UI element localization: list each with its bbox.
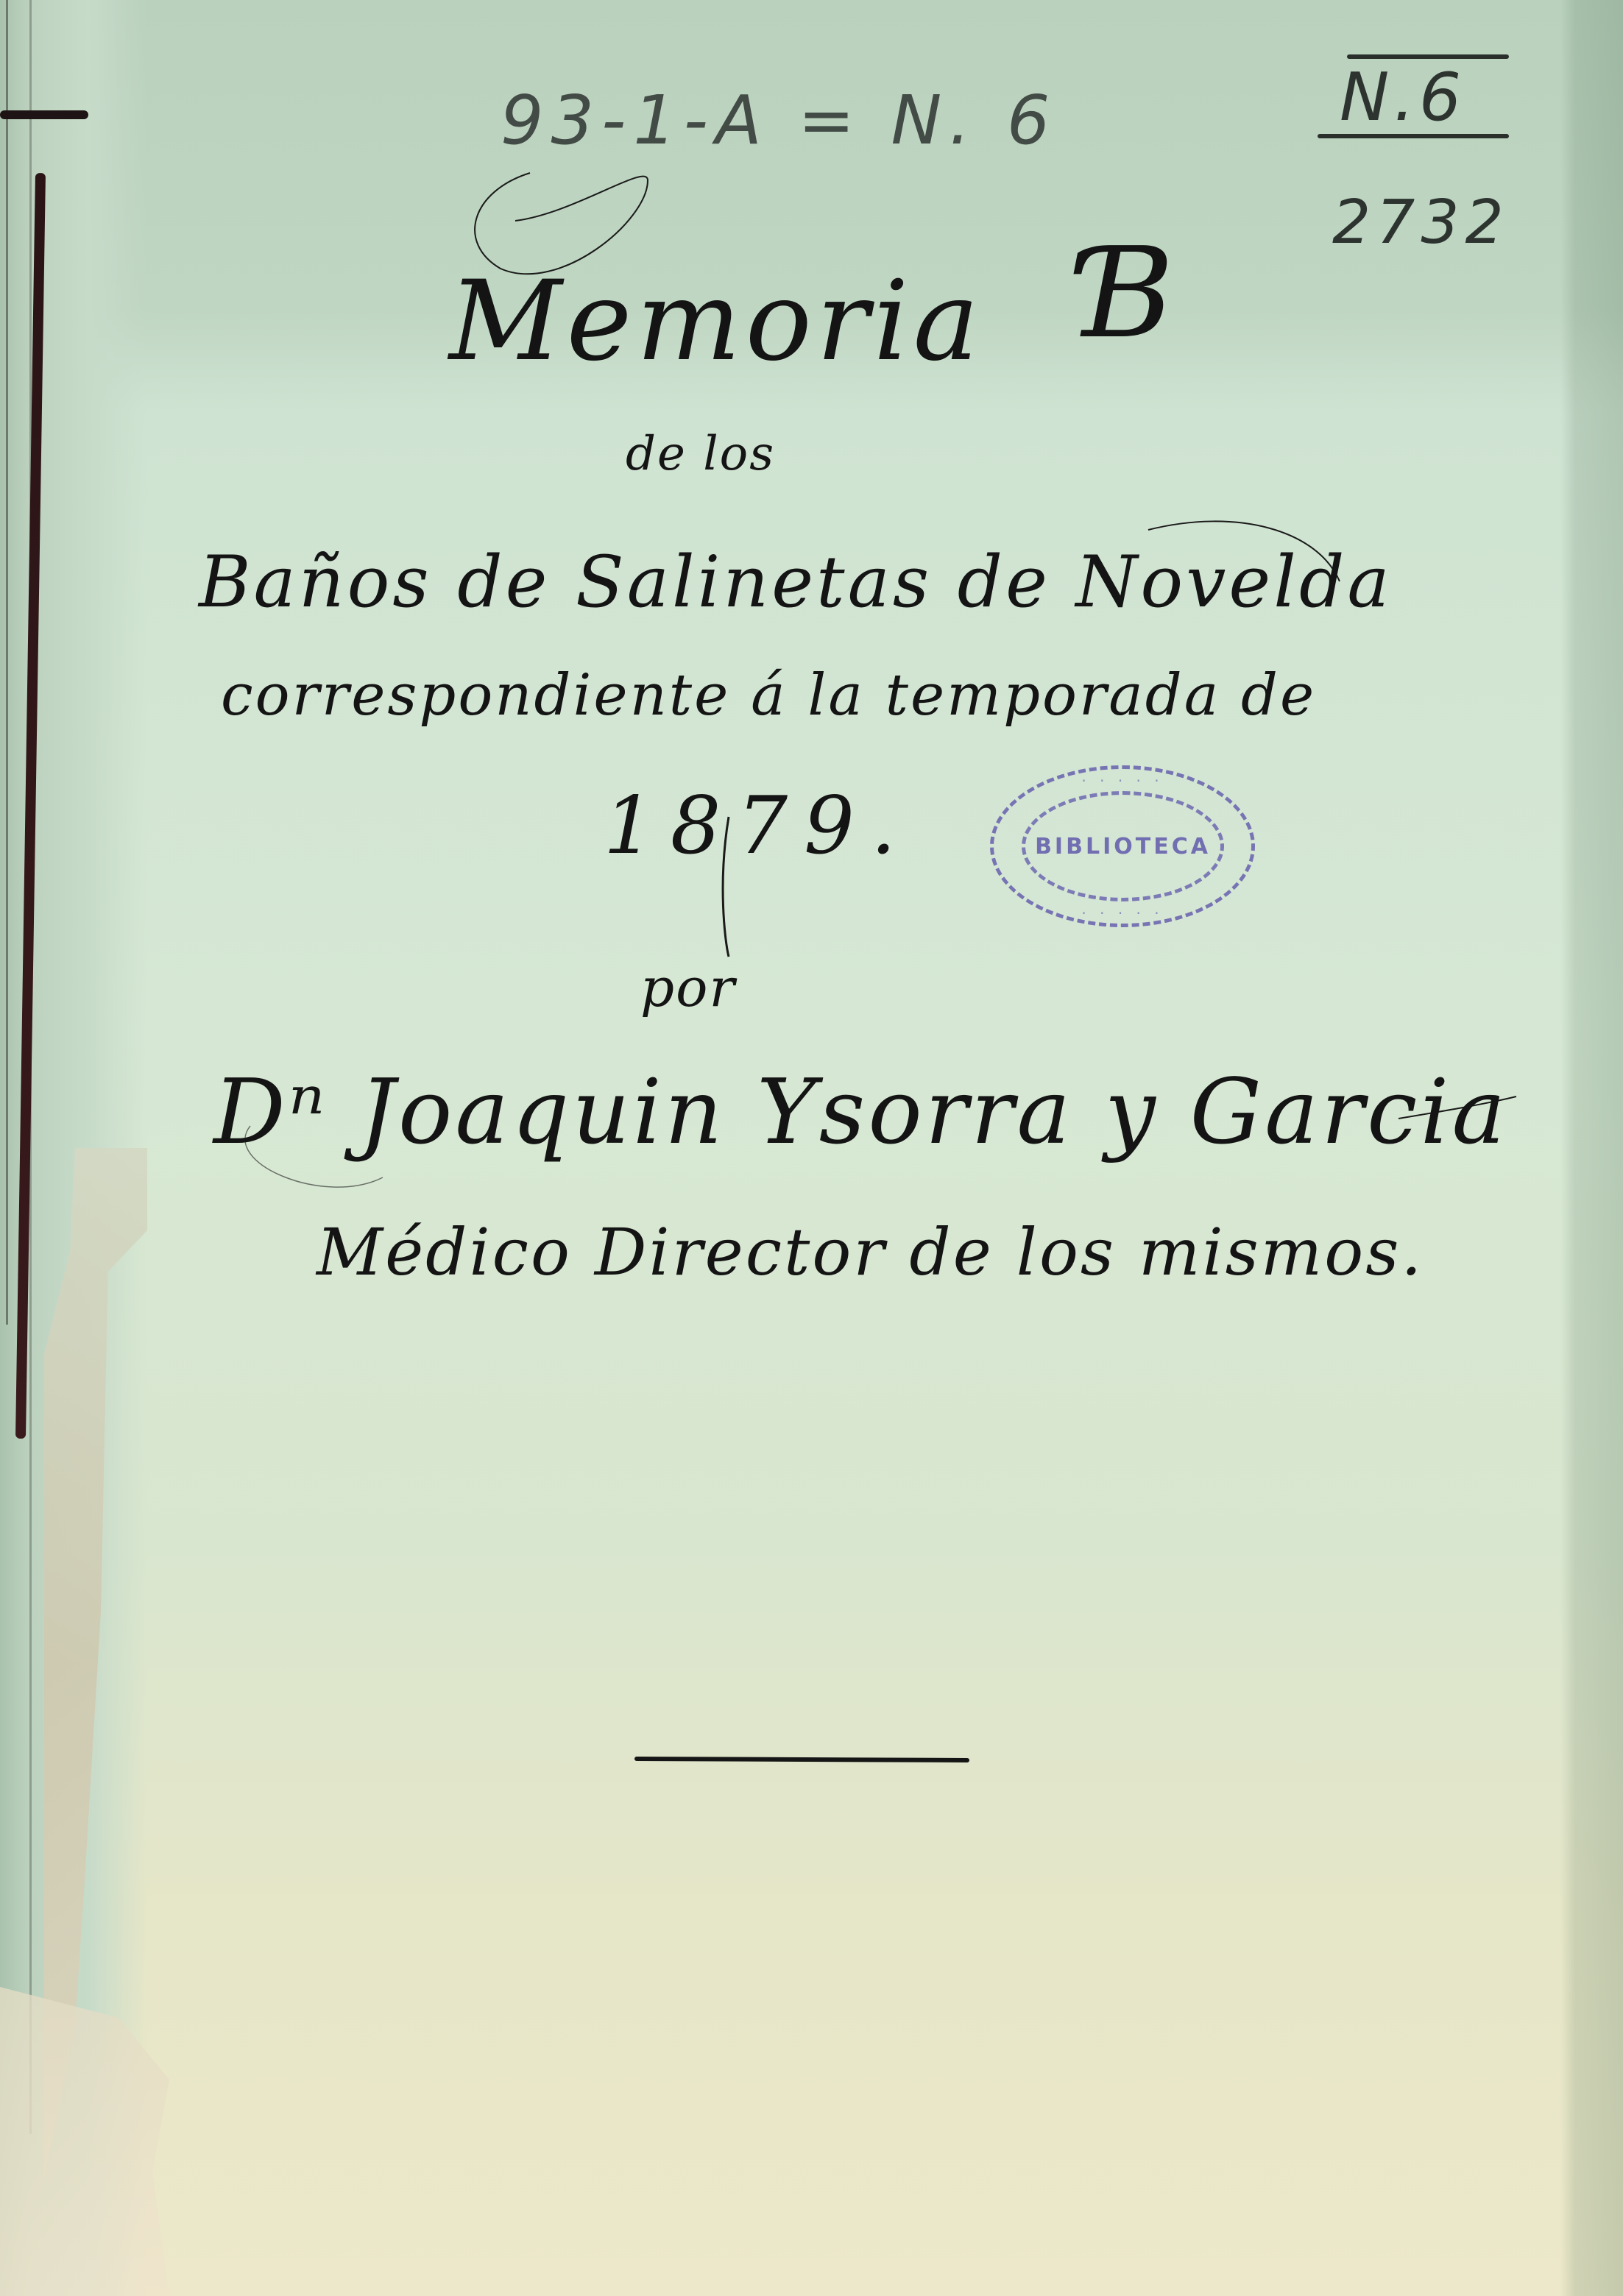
title-line-de-los: de los xyxy=(626,427,775,481)
binding-thread-knot xyxy=(0,110,88,119)
title-flourish-initial: Ɓ xyxy=(1082,221,1175,366)
box-number-annotation: N.6 xyxy=(1340,59,1465,136)
separator-rule xyxy=(634,1757,969,1762)
title-line-banos: Baños de Salinetas de Novelda xyxy=(199,541,1393,623)
stamp-inner-ring: BIBLIOTECA xyxy=(1022,791,1224,901)
stamp-bottom-text: · · · · · xyxy=(994,904,1251,922)
author-name: Dⁿ Joaquin Ysorra y Garcia xyxy=(213,1060,1508,1164)
stamp-center-text: BIBLIOTECA xyxy=(1035,834,1211,860)
shelfmark-annotation: 93-1-A = N. 6 xyxy=(501,81,1057,160)
title-line-por: por xyxy=(640,957,736,1018)
library-stamp: · · · · · BIBLIOTECA · · · · · xyxy=(990,765,1255,927)
stamp-top-text: · · · · · xyxy=(994,772,1251,790)
manuscript-page: 93-1-A = N. 6 N.6 2732 Memoria Ɓ de los … xyxy=(0,0,1623,2296)
binding-fold-line xyxy=(6,0,8,1325)
title-year: 1879. xyxy=(604,780,912,872)
title-memoria: Memoria xyxy=(449,258,983,386)
inventory-number-annotation: 2732 xyxy=(1332,188,1510,258)
author-role: Médico Director de los mismos. xyxy=(317,1214,1424,1290)
title-line-correspondiente: correspondiente á la temporada de xyxy=(221,662,1316,729)
